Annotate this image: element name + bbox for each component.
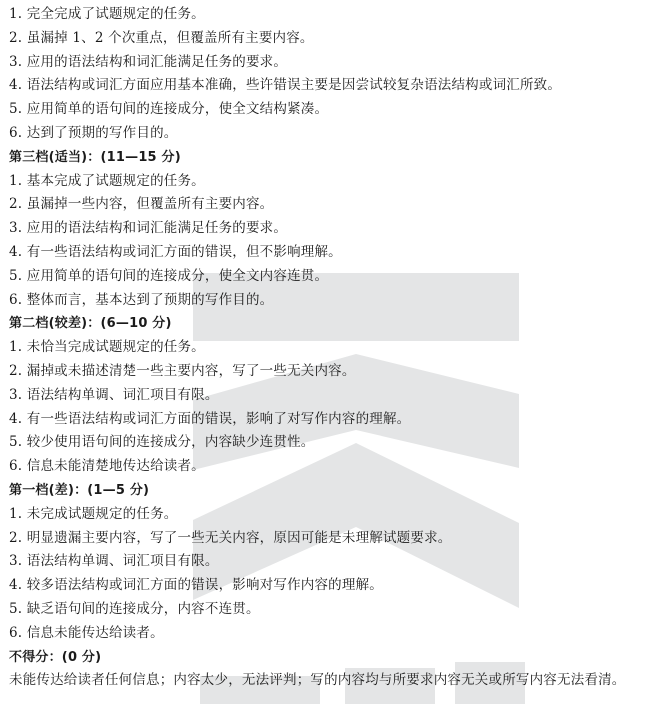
tier-3-heading: 第三档(适当)：(11—15 分) [9, 146, 652, 170]
criteria-item: 5. 应用简单的语句间的连接成分，使全文内容连贯。 [9, 265, 652, 289]
criteria-item: 2. 虽漏掉一些内容，但覆盖所有主要内容。 [9, 193, 652, 217]
criteria-item: 3. 语法结构单调、词汇项目有限。 [9, 384, 652, 408]
criteria-item: 4. 语法结构或词汇方面应用基本准确，些许错误主要是因尝试较复杂语法结构或词汇所… [9, 74, 652, 98]
criteria-item: 5. 缺乏语句间的连接成分，内容不连贯。 [9, 598, 652, 622]
criteria-item: 1. 未完成试题规定的任务。 [9, 503, 652, 527]
criteria-item: 1. 基本完成了试题规定的任务。 [9, 170, 652, 194]
criteria-item: 1. 完全完成了试题规定的任务。 [9, 3, 652, 27]
criteria-item: 2. 明显遗漏主要内容，写了一些无关内容，原因可能是未理解试题要求。 [9, 527, 652, 551]
criteria-item: 6. 信息未能传达给读者。 [9, 622, 652, 646]
tier-2-heading: 第二档(较差)：(6—10 分) [9, 312, 652, 336]
criteria-item: 3. 应用的语法结构和词汇能满足任务的要求。 [9, 217, 652, 241]
grading-criteria-document: 1. 完全完成了试题规定的任务。 2. 虽漏掉 1、2 个次重点，但覆盖所有主要… [0, 0, 652, 693]
criteria-item: 4. 有一些语法结构或词汇方面的错误，但不影响理解。 [9, 241, 652, 265]
criteria-item: 5. 较少使用语句间的连接成分，内容缺少连贯性。 [9, 431, 652, 455]
criteria-item: 未能传达给读者任何信息；内容太少，无法评判；写的内容均与所要求内容无关或所写内容… [9, 669, 652, 693]
criteria-item: 2. 虽漏掉 1、2 个次重点，但覆盖所有主要内容。 [9, 27, 652, 51]
criteria-item: 4. 有一些语法结构或词汇方面的错误，影响了对写作内容的理解。 [9, 408, 652, 432]
criteria-item: 5. 应用简单的语句间的连接成分，使全文结构紧凑。 [9, 98, 652, 122]
no-score-heading: 不得分：(0 分) [9, 646, 652, 670]
criteria-item: 4. 较多语法结构或词汇方面的错误，影响对写作内容的理解。 [9, 574, 652, 598]
criteria-item: 3. 语法结构单调、词汇项目有限。 [9, 550, 652, 574]
tier-1-heading: 第一档(差)：(1—5 分) [9, 479, 652, 503]
criteria-item: 6. 信息未能清楚地传达给读者。 [9, 455, 652, 479]
criteria-item: 6. 达到了预期的写作目的。 [9, 122, 652, 146]
criteria-item: 1. 未恰当完成试题规定的任务。 [9, 336, 652, 360]
criteria-item: 6. 整体而言，基本达到了预期的写作目的。 [9, 289, 652, 313]
criteria-item: 3. 应用的语法结构和词汇能满足任务的要求。 [9, 51, 652, 75]
criteria-item: 2. 漏掉或未描述清楚一些主要内容，写了一些无关内容。 [9, 360, 652, 384]
